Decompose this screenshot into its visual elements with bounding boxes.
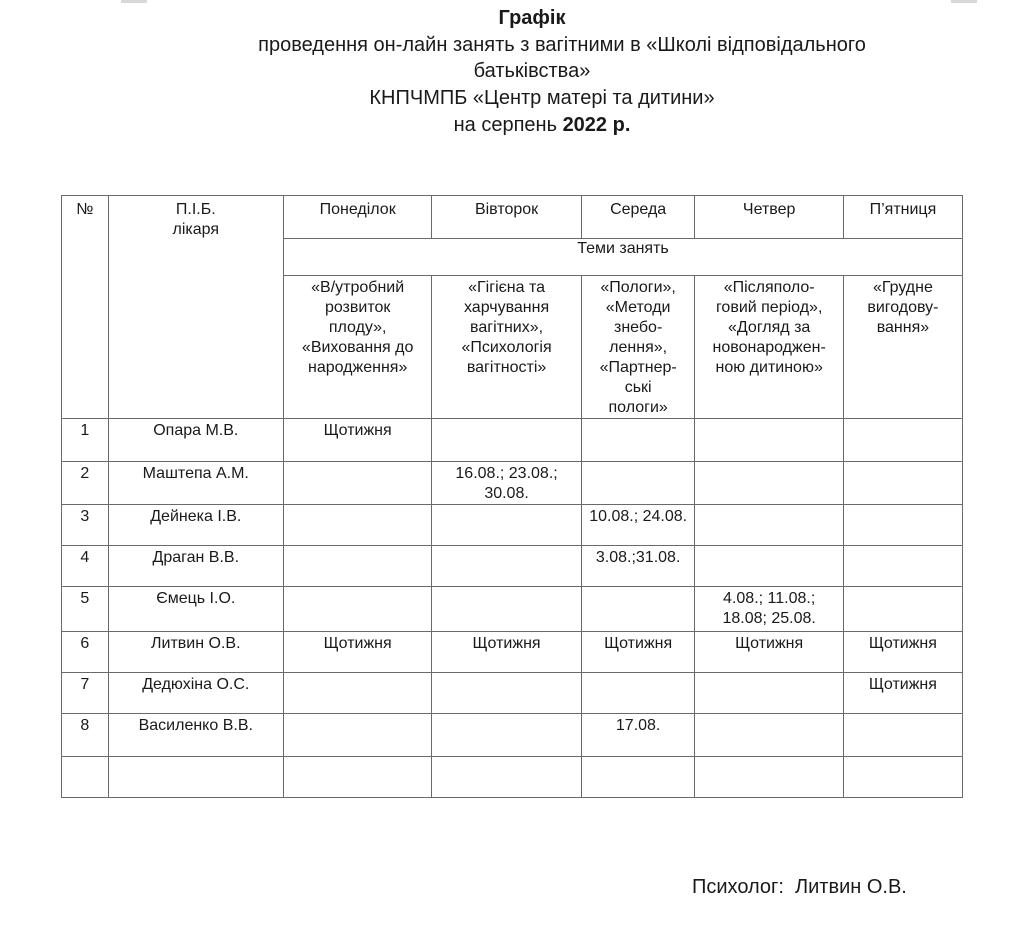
cell-thursday: Щотижня [695, 632, 843, 673]
table-row: 5Ємець І.О.4.08.; 11.08.; 18.08; 25.08. [62, 587, 963, 632]
cell-friday [843, 419, 962, 462]
name-header-line: П.І.Б. [113, 200, 279, 220]
schedule-table: № П.І.Б. лікаря Понеділок Вівторок Серед… [61, 195, 963, 798]
cell-monday [283, 714, 431, 757]
doctor-name: Дедюхіна О.С. [108, 673, 283, 714]
cell-wednesday [581, 757, 695, 798]
day-header-thursday: Четвер [695, 196, 843, 239]
topic-line: «Партнер- [586, 358, 691, 378]
table-row [62, 757, 963, 798]
cell-wednesday [581, 462, 695, 505]
cell-thursday: 4.08.; 11.08.; 18.08; 25.08. [695, 587, 843, 632]
topic-line: вагітних», [436, 318, 576, 338]
topic-line: «Психологія [436, 338, 576, 358]
row-number: 6 [62, 632, 109, 673]
day-header-tuesday: Вівторок [432, 196, 581, 239]
table-row: 7Дедюхіна О.С.Щотижня [62, 673, 963, 714]
page-corner-mark [951, 0, 977, 3]
cell-friday [843, 714, 962, 757]
topic-line: пологи» [586, 398, 691, 418]
topic-line: ною дитиною» [699, 358, 838, 378]
topic-line: харчування [436, 298, 576, 318]
table-row: 3Дейнека І.В.10.08.; 24.08. [62, 505, 963, 546]
topic-line: плоду», [288, 318, 427, 338]
cell-thursday [695, 714, 843, 757]
topic-cell-thursday: «Післяполо-говий період»,«Догляд зановон… [695, 276, 843, 419]
day-header-wednesday: Середа [581, 196, 695, 239]
row-number: 8 [62, 714, 109, 757]
topic-line: «Гігієна та [436, 278, 576, 298]
cell-friday: Щотижня [843, 673, 962, 714]
cell-monday [283, 587, 431, 632]
cell-monday [283, 462, 431, 505]
topic-line: «Догляд за [699, 318, 838, 338]
cell-monday: Щотижня [283, 419, 431, 462]
table-row: 2Маштепа А.М.16.08.; 23.08.; 30.08. [62, 462, 963, 505]
row-number: 3 [62, 505, 109, 546]
cell-tuesday [432, 587, 581, 632]
doctor-name: Литвин О.В. [108, 632, 283, 673]
cell-wednesday: 17.08. [581, 714, 695, 757]
cell-friday [843, 757, 962, 798]
cell-monday [283, 505, 431, 546]
row-number: 1 [62, 419, 109, 462]
cell-monday [283, 546, 431, 587]
cell-friday: Щотижня [843, 632, 962, 673]
themes-label: Теми занять [283, 239, 962, 276]
doctor-name: Опара М.В. [108, 419, 283, 462]
subtitle-line: проведення он-лайн занять з вагітними в … [50, 32, 1024, 58]
subtitle-line: батьківства» [20, 58, 1024, 84]
cell-thursday [695, 757, 843, 798]
cell-friday [843, 587, 962, 632]
period-year: 2022 р. [563, 114, 631, 136]
table-row: 8Василенко В.В.17.08. [62, 714, 963, 757]
topic-line: лення», [586, 338, 691, 358]
doctor-name: Драган В.В. [108, 546, 283, 587]
name-column-header: П.І.Б. лікаря [108, 196, 283, 419]
topic-line: народження» [288, 358, 427, 378]
document-title: Графік [20, 5, 1024, 31]
topic-cell-monday: «В/утробнийрозвитокплоду»,«Виховання дон… [283, 276, 431, 419]
row-number: 4 [62, 546, 109, 587]
cell-wednesday [581, 587, 695, 632]
cell-wednesday: 3.08.;31.08. [581, 546, 695, 587]
cell-tuesday [432, 714, 581, 757]
topic-cell-tuesday: «Гігієна тахарчуваннявагітних»,«Психолог… [432, 276, 581, 419]
topic-cell-wednesday: «Пологи»,«Методизнебо-лення»,«Партнер-сь… [581, 276, 695, 419]
doctor-name: Маштепа А.М. [108, 462, 283, 505]
cell-wednesday: 10.08.; 24.08. [581, 505, 695, 546]
row-number: 7 [62, 673, 109, 714]
topic-line: ські [586, 378, 691, 398]
topic-line: вигодову- [848, 298, 958, 318]
cell-tuesday [432, 419, 581, 462]
topic-line: розвиток [288, 298, 427, 318]
doctor-name [108, 757, 283, 798]
institution-name: КНПЧМПБ «Центр матері та дитини» [30, 85, 1024, 111]
row-number [62, 757, 109, 798]
number-column-header: № [62, 196, 109, 419]
days-header-row: № П.І.Б. лікаря Понеділок Вівторок Серед… [62, 196, 963, 239]
cell-monday [283, 673, 431, 714]
table-row: 1Опара М.В.Щотижня [62, 419, 963, 462]
cell-wednesday: Щотижня [581, 632, 695, 673]
topic-line: вагітності» [436, 358, 576, 378]
cell-friday [843, 462, 962, 505]
table-row: 4Драган В.В.3.08.;31.08. [62, 546, 963, 587]
topic-line: вання» [848, 318, 958, 338]
topic-line: знебо- [586, 318, 691, 338]
topic-line: «Грудне [848, 278, 958, 298]
topic-line: говий період», [699, 298, 838, 318]
doctor-name: Ємець І.О. [108, 587, 283, 632]
cell-thursday [695, 419, 843, 462]
topic-line: новонароджен- [699, 338, 838, 358]
cell-tuesday: 16.08.; 23.08.; 30.08. [432, 462, 581, 505]
doctor-name: Василенко В.В. [108, 714, 283, 757]
cell-tuesday [432, 757, 581, 798]
topic-line: «Пологи», [586, 278, 691, 298]
cell-thursday [695, 505, 843, 546]
topic-line: «Виховання до [288, 338, 427, 358]
cell-tuesday [432, 546, 581, 587]
row-number: 2 [62, 462, 109, 505]
day-header-friday: П’ятниця [843, 196, 962, 239]
cell-monday: Щотижня [283, 632, 431, 673]
cell-thursday [695, 462, 843, 505]
cell-tuesday [432, 673, 581, 714]
doctor-name: Дейнека І.В. [108, 505, 283, 546]
topic-line: «В/утробний [288, 278, 427, 298]
cell-thursday [695, 546, 843, 587]
cell-monday [283, 757, 431, 798]
topic-line: «Методи [586, 298, 691, 318]
signature-line: Психолог: Литвин О.В. [692, 876, 907, 899]
cell-tuesday [432, 505, 581, 546]
cell-wednesday [581, 673, 695, 714]
cell-wednesday [581, 419, 695, 462]
period-line: на серпень 2022 р. [30, 112, 1024, 138]
page-corner-mark [121, 0, 147, 3]
cell-tuesday: Щотижня [432, 632, 581, 673]
table-row: 6Литвин О.В.ЩотижняЩотижняЩотижняЩотижня… [62, 632, 963, 673]
cell-thursday [695, 673, 843, 714]
period-prefix: на серпень [454, 114, 563, 136]
day-header-monday: Понеділок [283, 196, 431, 239]
cell-friday [843, 505, 962, 546]
row-number: 5 [62, 587, 109, 632]
name-header-line: лікаря [113, 220, 279, 240]
cell-friday [843, 546, 962, 587]
topic-cell-friday: «Грудневигодову-вання» [843, 276, 962, 419]
topic-line: «Післяполо- [699, 278, 838, 298]
